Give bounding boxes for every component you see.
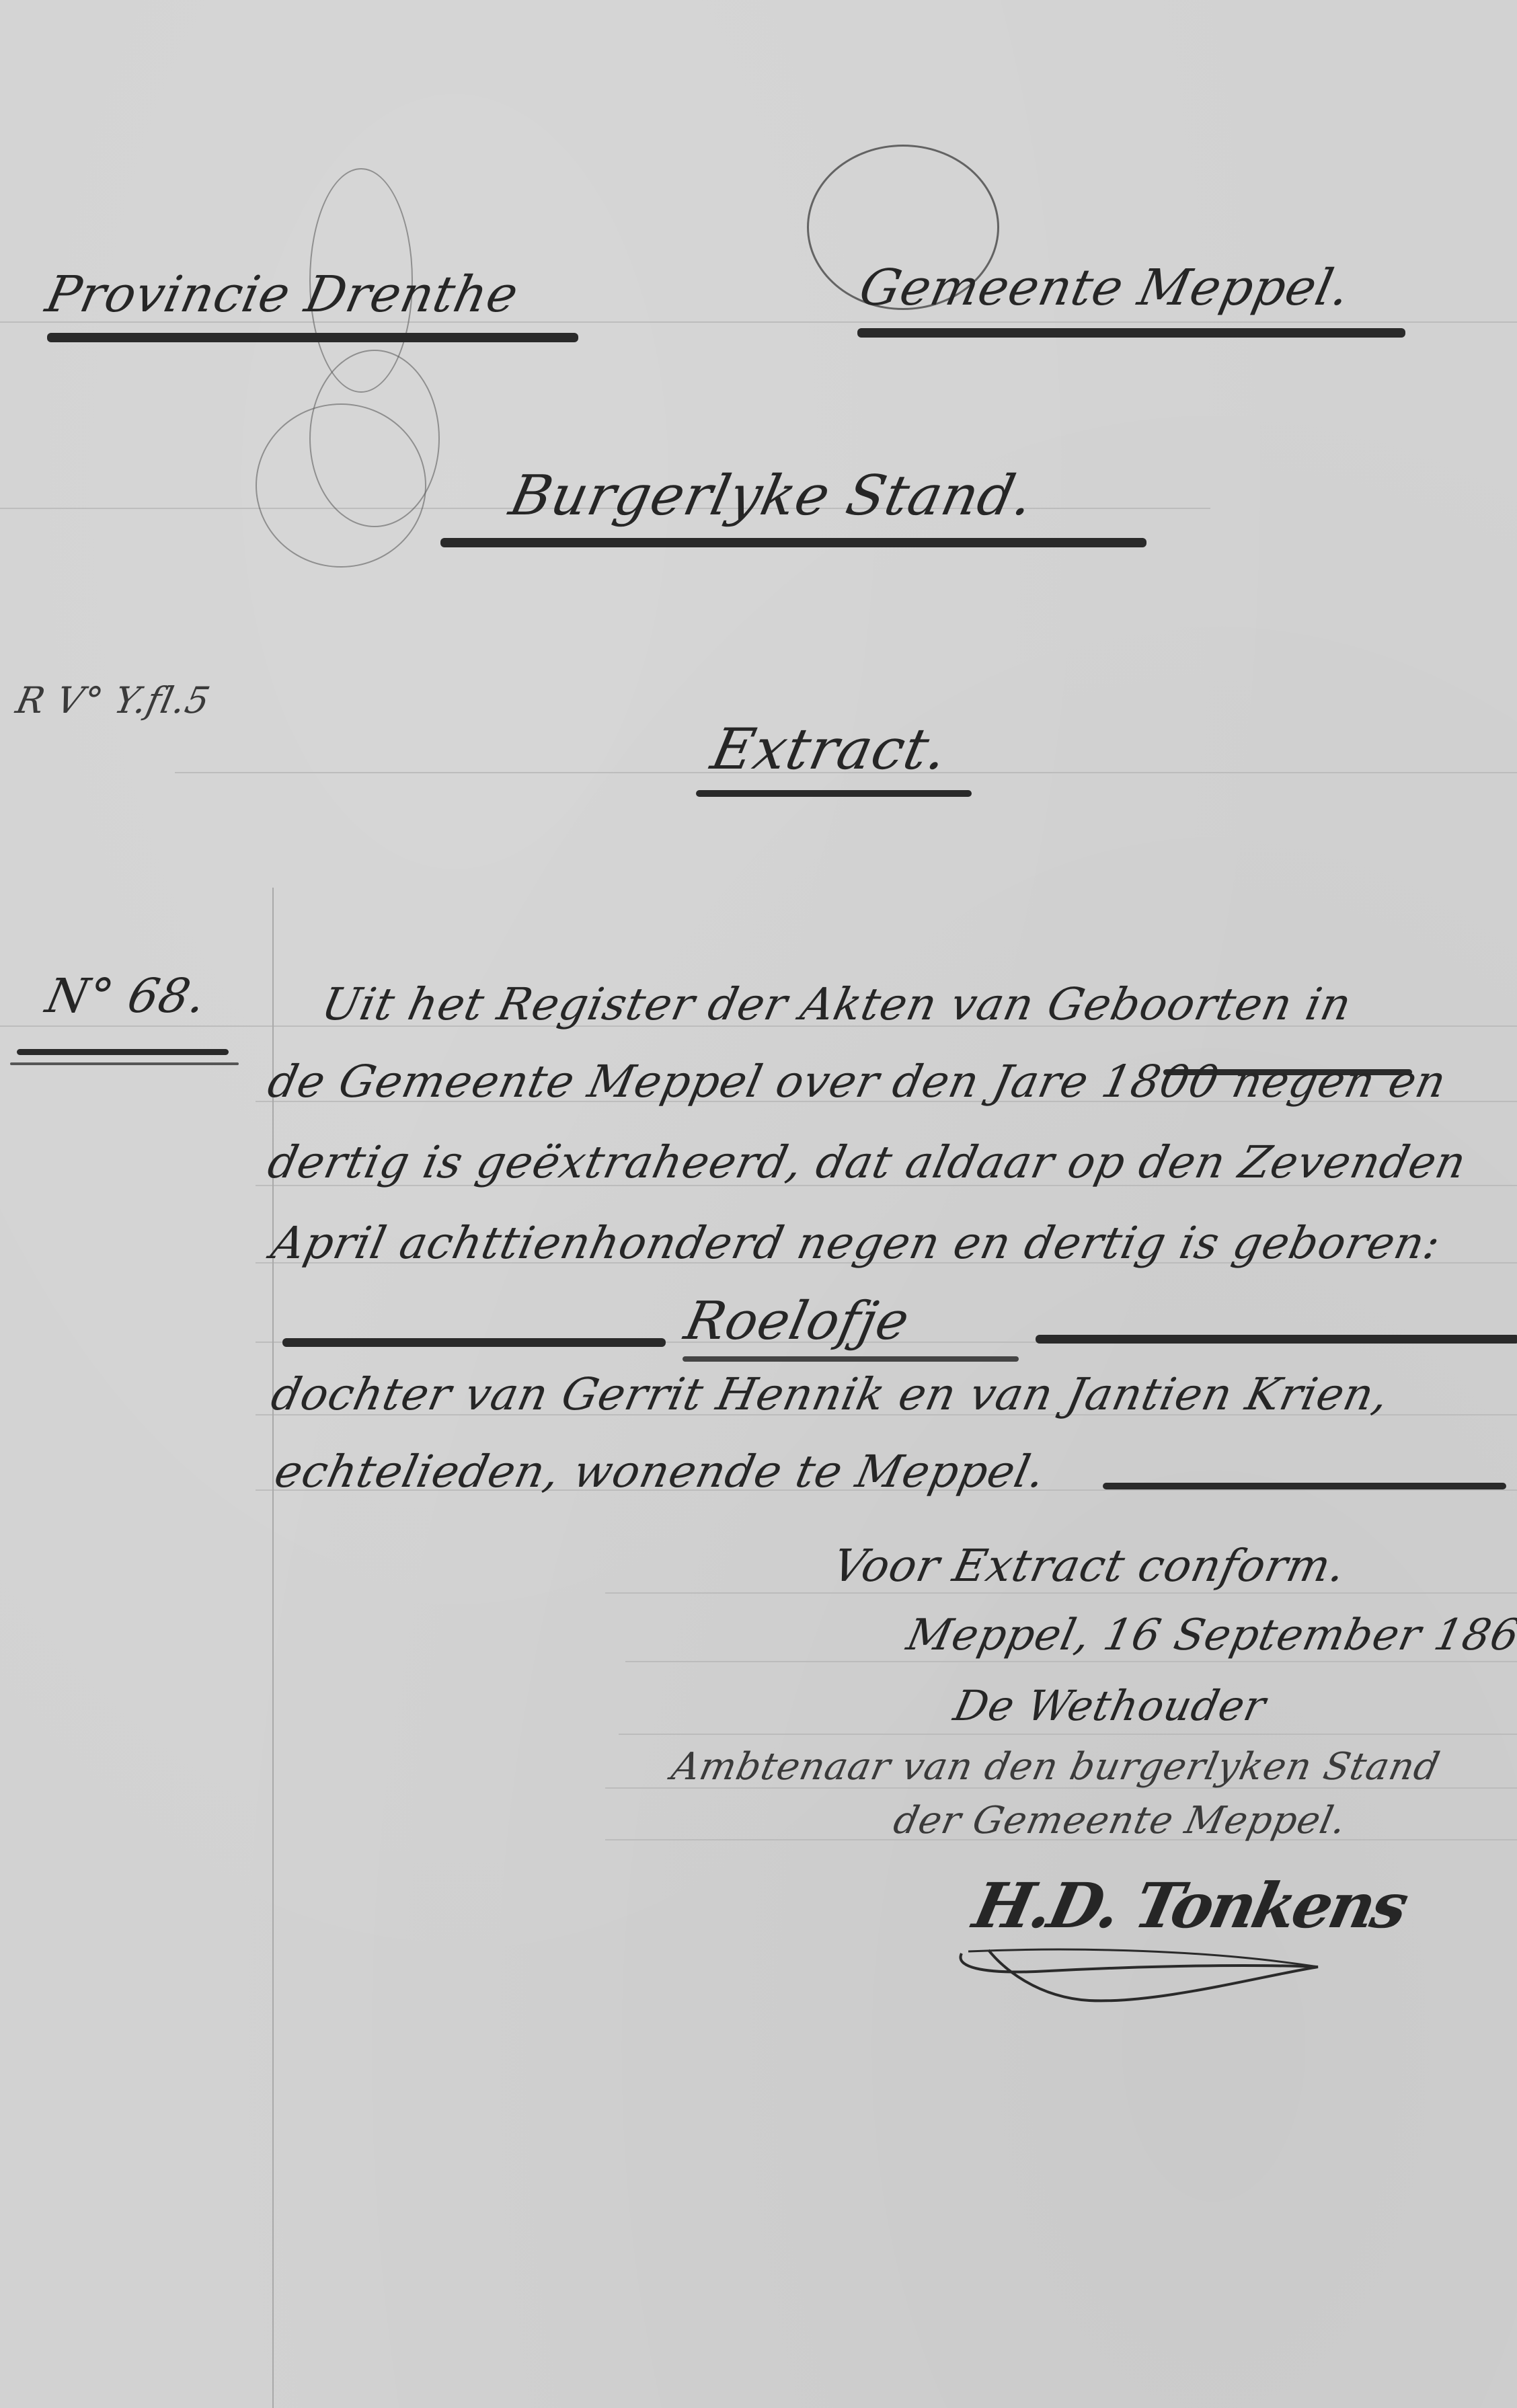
- ruled-line: [619, 1734, 1517, 1735]
- civil-registry-extract-page: Provincie Drenthe Gemeente Meppel. Burge…: [0, 0, 1517, 2408]
- official-title-municipality: der Gemeente Meppel.: [890, 1799, 1350, 1842]
- capital-flourish: [309, 350, 440, 527]
- record-number-underline-2: [10, 1062, 239, 1065]
- document-type-title: Extract.: [706, 716, 954, 782]
- province-underline: [47, 333, 578, 342]
- province-label: Provincie Drenthe: [41, 266, 524, 323]
- municipality-underline: [857, 328, 1405, 338]
- ruled-line: [625, 1661, 1517, 1662]
- closing-dash: [1103, 1483, 1506, 1489]
- extract-underline: [696, 790, 972, 797]
- record-number: N° 68.: [41, 968, 211, 1023]
- child-name: Roelofje: [679, 1291, 915, 1352]
- certification-line: Voor Extract conform.: [828, 1540, 1351, 1592]
- margin-line: [272, 888, 274, 2408]
- signature: H.D. Tonkens: [968, 1869, 1413, 1942]
- name-dash-left: [282, 1338, 666, 1347]
- record-number-underline: [17, 1049, 229, 1055]
- signature-flourish-icon: [955, 1937, 1331, 2011]
- civil-registry-title: Burgerlyke Stand.: [504, 464, 1040, 528]
- municipality-label: Gemeente Meppel.: [855, 259, 1356, 317]
- body-line-1: Uit het Register der Akten van Geboorten…: [317, 978, 1356, 1030]
- body-line-3: dertig is geëxtraheerd, dat aldaar op de…: [264, 1136, 1471, 1188]
- place-date: Meppel, 16 September 1863.: [902, 1610, 1517, 1660]
- child-name-underline: [683, 1356, 1019, 1362]
- official-title-alderman: De Wethouder: [949, 1681, 1270, 1730]
- official-title-registrar: Ambtenaar van den burgerlyken Stand: [668, 1745, 1444, 1789]
- body-line-4: April achttienhonderd negen en dertig is…: [267, 1217, 1446, 1269]
- civil-registry-underline: [440, 538, 1146, 547]
- ruled-line: [605, 1592, 1517, 1594]
- body-line-7: echtelieden, wonende te Meppel.: [270, 1446, 1050, 1498]
- registration-mark: R V° Y.fl.5: [12, 679, 214, 722]
- body-line-2: de Gemeente Meppel over den Jare 1800 ne…: [264, 1056, 1451, 1108]
- body-line-6: dochter van Gerrit Hennik en van Jantien…: [267, 1368, 1394, 1420]
- name-dash-right: [1036, 1335, 1517, 1344]
